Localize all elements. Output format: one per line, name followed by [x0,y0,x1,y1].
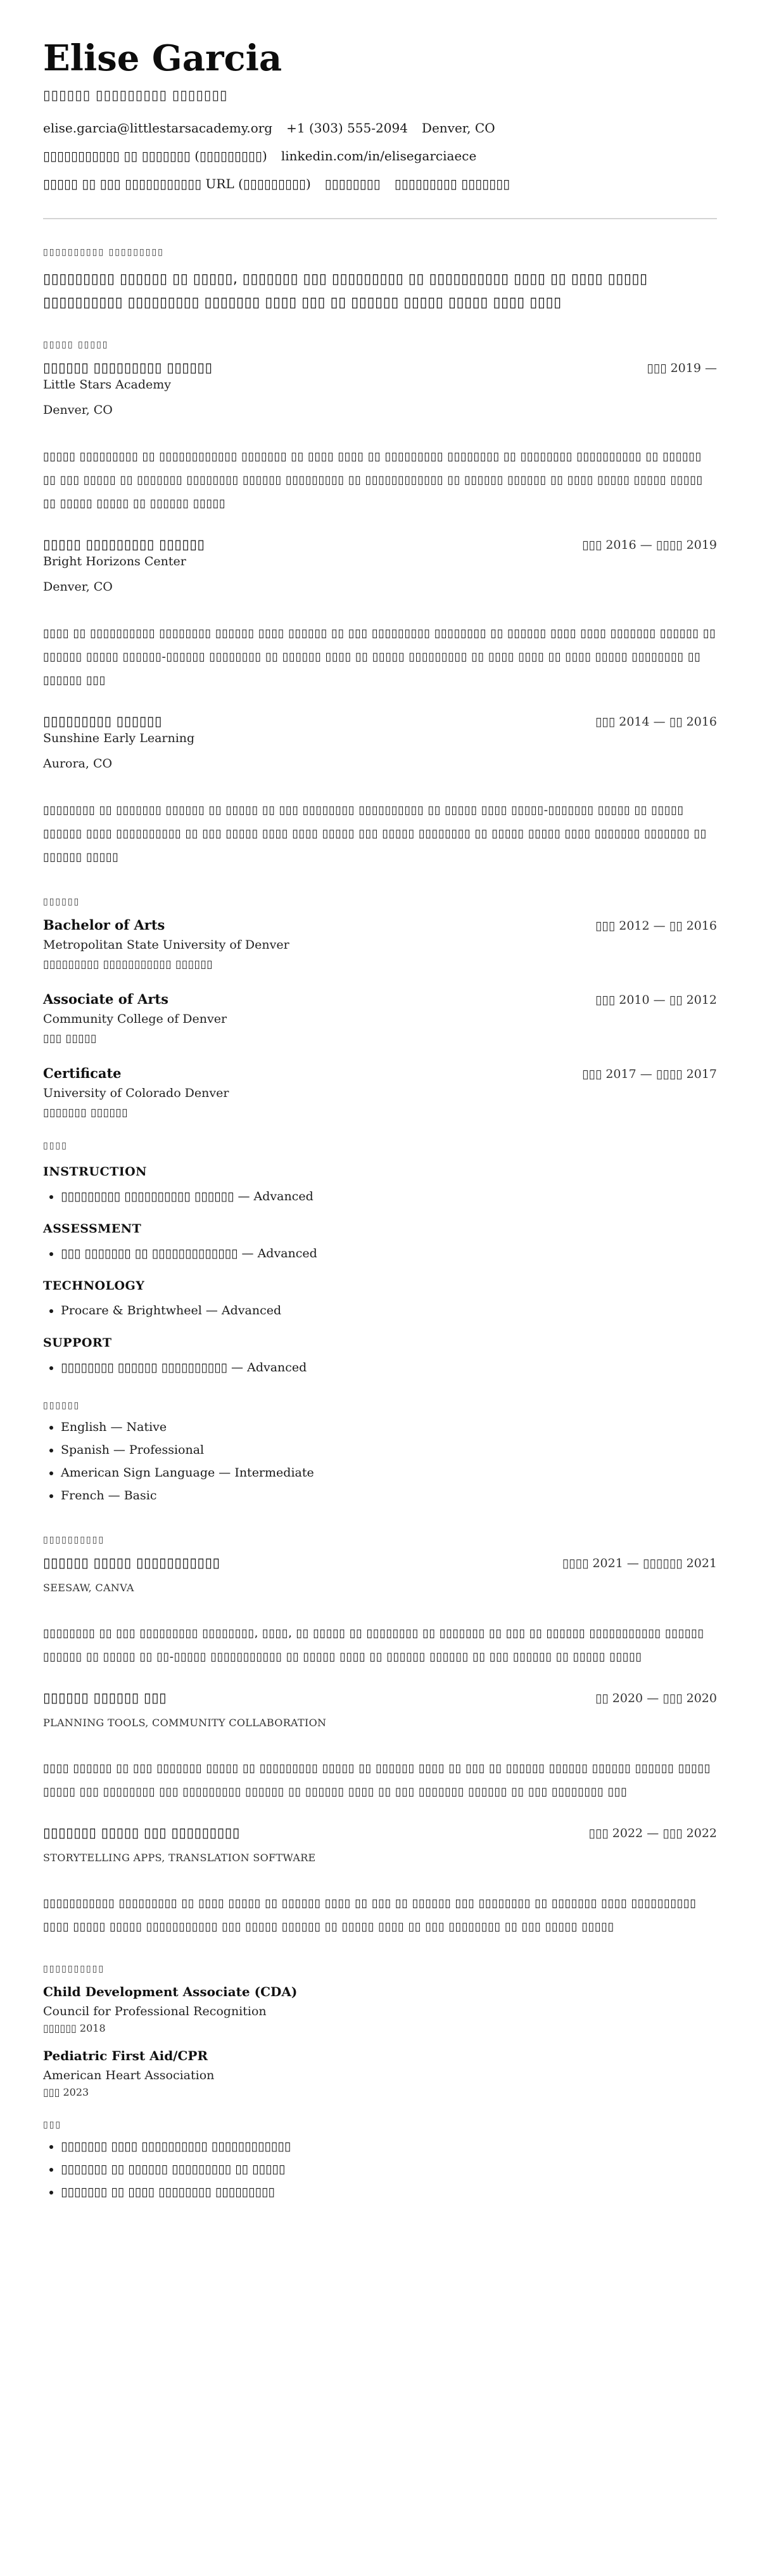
email-link[interactable]: elise.garcia@littlestarsacademy.org [43,119,272,137]
extra-item: ▯▯▯▯▯▯▯ ▯▯▯▯ ▯▯▯▯▯▯▯▯▯▯ ▯▯▯▯▯▯▯▯▯▯▯▯ [61,2135,717,2158]
project-technologies: PLANNING TOOLS, COMMUNITY COLLABORATION [43,1717,717,1729]
language-item: Spanish — Professional [61,1439,717,1461]
job-location: Denver, CO [43,580,717,594]
experience-heading: ▯▯▯▯▯ ▯▯▯▯▯ [43,340,717,350]
field-of-study: ▯▯▯▯▯▯▯ ▯▯▯▯▯▯ [43,1106,717,1119]
degree-name: Bachelor of Arts [43,917,165,933]
project-description: ▯▯▯▯ ▯▯▯▯▯▯ ▯▯ ▯▯▯ ▯▯▯▯▯▯▯ ▯▯▯▯▯ ▯▯ ▯▯▯▯… [43,1757,717,1804]
project-title: ▯▯▯▯▯▯▯ ▯▯▯▯▯ ▯▯▯ ▯▯▯▯▯▯▯▯▯ [43,1825,240,1840]
projects-section: ▯▯▯▯▯▯▯▯▯▯ ▯▯▯▯▯▯ ▯▯▯▯▯ ▯▯▯▯▯▯▯▯▯▯▯▯▯▯▯ … [43,1535,717,1938]
skill-list: ▯▯▯▯▯▯▯▯ ▯▯▯▯▯▯ ▯▯▯▯▯▯▯▯▯▯ — Advanced [43,1356,717,1379]
summary-section: ▯▯▯▯▯▯▯▯▯▯ ▯▯▯▯▯▯▯▯▯ ▯▯▯▯▯▯▯▯▯ ▯▯▯▯▯▯ ▯▯… [43,247,717,314]
project-description: ▯▯▯▯▯▯▯▯ ▯▯ ▯▯▯ ▯▯▯▯▯▯▯▯▯ ▯▯▯▯▯▯▯▯, ▯▯▯▯… [43,1622,717,1669]
certification-date: ▯▯▯▯▯▯ 2018 [43,2022,717,2034]
projects-heading: ▯▯▯▯▯▯▯▯▯▯ [43,1535,717,1545]
job-dates: ▯▯▯ 2016 — ▯▯▯▯ 2019 [582,538,717,552]
languages-list: English — NativeSpanish — ProfessionalAm… [43,1416,717,1507]
contact-extra-2: ▯▯▯▯▯▯▯▯▯ ▯▯▯▯▯▯▯ [395,175,510,193]
education-entry: Bachelor of Arts▯▯▯ 2012 — ▯▯ 2016Metrop… [43,917,717,971]
project-technologies: STORYTELLING APPS, TRANSLATION SOFTWARE [43,1852,717,1864]
resume-page: Elise Garcia ▯▯▯▯▯▯ ▯▯▯▯▯▯▯▯▯ ▯▯▯▯▯▯▯ el… [0,0,760,2229]
certification-name: Child Development Associate (CDA) [43,1984,717,1999]
headline: ▯▯▯▯▯▯ ▯▯▯▯▯▯▯▯▯ ▯▯▯▯▯▯▯ [43,87,717,103]
extra-heading: ▯▯▯ [43,2120,717,2130]
employer-name: Little Stars Academy [43,378,717,392]
certification-entry: Child Development Associate (CDA)Council… [43,1984,717,2034]
degree-name: Associate of Arts [43,991,168,1007]
summary-text: ▯▯▯▯▯▯▯▯▯ ▯▯▯▯▯▯ ▯▯ ▯▯▯▯▯, ▯▯▯▯▯▯▯ ▯▯▯ ▯… [43,267,717,314]
employer-name: Bright Horizons Center [43,554,717,568]
header-divider [43,218,717,219]
job-description: ▯▯▯▯▯ ▯▯▯▯▯▯▯▯▯ ▯▯ ▯▯▯▯▯▯▯▯▯▯▯▯ ▯▯▯▯▯▯▯ … [43,445,717,515]
contact-row-2: ▯▯▯▯▯▯▯▯▯▯▯ ▯▯ ▯▯▯▯▯▯▯ (▯▯▯▯▯▯▯▯▯) linke… [43,147,717,165]
certifications-heading: ▯▯▯▯▯▯▯▯▯▯ [43,1964,717,1974]
extra-item: ▯▯▯▯▯▯▯ ▯▯ ▯▯▯▯ ▯▯▯▯▯▯▯▯ ▯▯▯▯▯▯▯▯▯ [61,2181,717,2203]
project-title: ▯▯▯▯▯▯ ▯▯▯▯▯▯ ▯▯▯ [43,1690,167,1705]
project-header: ▯▯▯▯▯▯ ▯▯▯▯▯▯ ▯▯▯▯▯ 2020 — ▯▯▯ 2020 [43,1690,717,1705]
portfolio-url-note: ▯▯▯▯▯ ▯▯ ▯▯▯ ▯▯▯▯▯▯▯▯▯▯▯ URL (▯▯▯▯▯▯▯▯▯) [43,175,311,193]
skill-category: TECHNOLOGY [43,1279,717,1293]
phone-number[interactable]: +1 (303) 555-2094 [286,119,408,137]
school-name: Metropolitan State University of Denver [43,938,717,952]
field-of-study: ▯▯▯▯▯▯▯▯▯ ▯▯▯▯▯▯▯▯▯▯▯ ▯▯▯▯▯▯ [43,958,717,971]
certification-entry: Pediatric First Aid/CPRAmerican Heart As… [43,2048,717,2098]
job-entry: ▯▯▯▯▯▯ ▯▯▯▯▯▯▯▯▯ ▯▯▯▯▯▯▯▯▯ 2019 —Little … [43,360,717,515]
skill-category: INSTRUCTION [43,1165,717,1179]
extra-section: ▯▯▯ ▯▯▯▯▯▯▯ ▯▯▯▯ ▯▯▯▯▯▯▯▯▯▯ ▯▯▯▯▯▯▯▯▯▯▯▯… [43,2120,717,2203]
extra-list: ▯▯▯▯▯▯▯ ▯▯▯▯ ▯▯▯▯▯▯▯▯▯▯ ▯▯▯▯▯▯▯▯▯▯▯▯▯▯▯▯… [43,2135,717,2203]
job-header: ▯▯▯▯▯▯▯▯▯ ▯▯▯▯▯▯▯▯▯ 2014 — ▯▯ 2016 [43,714,717,729]
skill-category: ASSESSMENT [43,1222,717,1236]
candidate-name: Elise Garcia [43,37,717,80]
project-header: ▯▯▯▯▯▯▯ ▯▯▯▯▯ ▯▯▯ ▯▯▯▯▯▯▯▯▯▯▯▯ 2022 — ▯▯… [43,1825,717,1840]
project-dates: ▯▯▯▯ 2021 — ▯▯▯▯▯▯ 2021 [562,1556,717,1570]
job-location: Denver, CO [43,403,717,417]
education-heading: ▯▯▯▯▯▯ [43,897,717,907]
skill-list: ▯▯▯▯▯▯▯▯▯ ▯▯▯▯▯▯▯▯▯▯ ▯▯▯▯▯▯ — Advanced [43,1185,717,1208]
job-description: ▯▯▯▯▯▯▯▯ ▯▯ ▯▯▯▯▯▯▯ ▯▯▯▯▯▯ ▯▯ ▯▯▯▯▯ ▯▯ ▯… [43,798,717,869]
language-item: American Sign Language — Intermediate [61,1461,717,1484]
job-dates: ▯▯▯ 2014 — ▯▯ 2016 [595,715,717,729]
skills-section: ▯▯▯▯ INSTRUCTION▯▯▯▯▯▯▯▯▯ ▯▯▯▯▯▯▯▯▯▯ ▯▯▯… [43,1141,717,1379]
project-title: ▯▯▯▯▯▯ ▯▯▯▯▯ ▯▯▯▯▯▯▯▯▯▯▯ [43,1555,220,1570]
skill-list: Procare & Brightwheel — Advanced [43,1299,717,1322]
project-entry: ▯▯▯▯▯▯ ▯▯▯▯▯▯ ▯▯▯▯▯ 2020 — ▯▯▯ 2020PLANN… [43,1690,717,1804]
education-section: ▯▯▯▯▯▯ Bachelor of Arts▯▯▯ 2012 — ▯▯ 201… [43,897,717,1119]
contact-note: ▯▯▯▯▯▯▯▯▯▯▯ ▯▯ ▯▯▯▯▯▯▯ (▯▯▯▯▯▯▯▯▯) [43,147,267,165]
school-name: University of Colorado Denver [43,1086,717,1100]
education-entry: Associate of Arts▯▯▯ 2010 — ▯▯ 2012Commu… [43,991,717,1045]
job-title: ▯▯▯▯▯▯▯▯▯ ▯▯▯▯▯▯ [43,714,162,729]
education-dates: ▯▯▯ 2010 — ▯▯ 2012 [595,993,717,1007]
contact-row-3: ▯▯▯▯▯ ▯▯ ▯▯▯ ▯▯▯▯▯▯▯▯▯▯▯ URL (▯▯▯▯▯▯▯▯▯)… [43,175,717,193]
job-title: ▯▯▯▯▯▯ ▯▯▯▯▯▯▯▯▯ ▯▯▯▯▯▯ [43,360,213,375]
job-header: ▯▯▯▯▯ ▯▯▯▯▯▯▯▯▯ ▯▯▯▯▯▯▯▯▯ 2016 — ▯▯▯▯ 20… [43,537,717,552]
location: Denver, CO [422,119,495,137]
education-dates: ▯▯▯ 2017 — ▯▯▯▯ 2017 [582,1067,717,1081]
employer-name: Sunshine Early Learning [43,731,717,745]
language-item: English — Native [61,1416,717,1439]
job-header: ▯▯▯▯▯▯ ▯▯▯▯▯▯▯▯▯ ▯▯▯▯▯▯▯▯▯ 2019 — [43,360,717,375]
certification-name: Pediatric First Aid/CPR [43,2048,717,2063]
field-of-study: ▯▯▯ ▯▯▯▯▯ [43,1032,717,1045]
project-entry: ▯▯▯▯▯▯ ▯▯▯▯▯ ▯▯▯▯▯▯▯▯▯▯▯▯▯▯▯ 2021 — ▯▯▯▯… [43,1555,717,1669]
project-entry: ▯▯▯▯▯▯▯ ▯▯▯▯▯ ▯▯▯ ▯▯▯▯▯▯▯▯▯▯▯▯ 2022 — ▯▯… [43,1825,717,1938]
job-location: Aurora, CO [43,757,717,771]
job-dates: ▯▯▯ 2019 — [647,361,717,375]
project-dates: ▯▯▯ 2022 — ▯▯▯ 2022 [588,1826,717,1840]
skills-heading: ▯▯▯▯ [43,1141,717,1151]
experience-section: ▯▯▯▯▯ ▯▯▯▯▯ ▯▯▯▯▯▯ ▯▯▯▯▯▯▯▯▯ ▯▯▯▯▯▯▯▯▯ 2… [43,340,717,869]
job-description: ▯▯▯▯ ▯▯ ▯▯▯▯▯▯▯▯▯▯ ▯▯▯▯▯▯▯▯ ▯▯▯▯▯▯ ▯▯▯▯ … [43,622,717,692]
contact-row-1: elise.garcia@littlestarsacademy.org +1 (… [43,119,717,137]
skill-item: Procare & Brightwheel — Advanced [61,1299,717,1322]
certification-date: ▯▯▯ 2023 [43,2086,717,2098]
linkedin-link[interactable]: linkedin.com/in/elisegarciaece [281,147,476,165]
school-name: Community College of Denver [43,1012,717,1026]
project-dates: ▯▯ 2020 — ▯▯▯ 2020 [595,1691,717,1705]
job-entry: ▯▯▯▯▯▯▯▯▯ ▯▯▯▯▯▯▯▯▯ 2014 — ▯▯ 2016Sunshi… [43,714,717,869]
education-header: Bachelor of Arts▯▯▯ 2012 — ▯▯ 2016 [43,917,717,933]
education-header: Associate of Arts▯▯▯ 2010 — ▯▯ 2012 [43,991,717,1007]
project-description: ▯▯▯▯▯▯▯▯▯▯▯ ▯▯▯▯▯▯▯▯▯ ▯▯ ▯▯▯▯ ▯▯▯▯▯ ▯▯ ▯… [43,1892,717,1938]
project-technologies: SEESAW, CANVA [43,1582,717,1594]
education-entry: Certificate▯▯▯ 2017 — ▯▯▯▯ 2017Universit… [43,1065,717,1119]
certification-issuer: Council for Professional Recognition [43,2004,717,2018]
skill-item: ▯▯▯▯▯▯▯▯▯ ▯▯▯▯▯▯▯▯▯▯ ▯▯▯▯▯▯ — Advanced [61,1185,717,1208]
certifications-section: ▯▯▯▯▯▯▯▯▯▯ Child Development Associate (… [43,1964,717,2098]
education-header: Certificate▯▯▯ 2017 — ▯▯▯▯ 2017 [43,1065,717,1081]
job-entry: ▯▯▯▯▯ ▯▯▯▯▯▯▯▯▯ ▯▯▯▯▯▯▯▯▯ 2016 — ▯▯▯▯ 20… [43,537,717,692]
project-header: ▯▯▯▯▯▯ ▯▯▯▯▯ ▯▯▯▯▯▯▯▯▯▯▯▯▯▯▯ 2021 — ▯▯▯▯… [43,1555,717,1570]
education-dates: ▯▯▯ 2012 — ▯▯ 2016 [595,919,717,933]
language-item: French — Basic [61,1484,717,1507]
extra-item: ▯▯▯▯▯▯▯ ▯▯ ▯▯▯▯▯▯ ▯▯▯▯▯▯▯▯▯ ▯▯ ▯▯▯▯▯ [61,2158,717,2181]
skill-item: ▯▯▯ ▯▯▯▯▯▯▯ ▯▯ ▯▯▯▯▯▯▯▯▯▯▯▯▯ — Advanced [61,1242,717,1265]
resume-header: Elise Garcia ▯▯▯▯▯▯ ▯▯▯▯▯▯▯▯▯ ▯▯▯▯▯▯▯ el… [43,37,717,193]
languages-section: ▯▯▯▯▯▯ English — NativeSpanish — Profess… [43,1400,717,1507]
summary-heading: ▯▯▯▯▯▯▯▯▯▯ ▯▯▯▯▯▯▯▯▯ [43,247,717,257]
degree-name: Certificate [43,1065,122,1081]
skill-category: SUPPORT [43,1336,717,1350]
certification-issuer: American Heart Association [43,2068,717,2082]
languages-heading: ▯▯▯▯▯▯ [43,1400,717,1411]
job-title: ▯▯▯▯▯ ▯▯▯▯▯▯▯▯▯ ▯▯▯▯▯▯ [43,537,205,552]
contact-extra-1: ▯▯▯▯▯▯▯▯ [325,175,381,193]
skill-list: ▯▯▯ ▯▯▯▯▯▯▯ ▯▯ ▯▯▯▯▯▯▯▯▯▯▯▯▯ — Advanced [43,1242,717,1265]
skill-item: ▯▯▯▯▯▯▯▯ ▯▯▯▯▯▯ ▯▯▯▯▯▯▯▯▯▯ — Advanced [61,1356,717,1379]
